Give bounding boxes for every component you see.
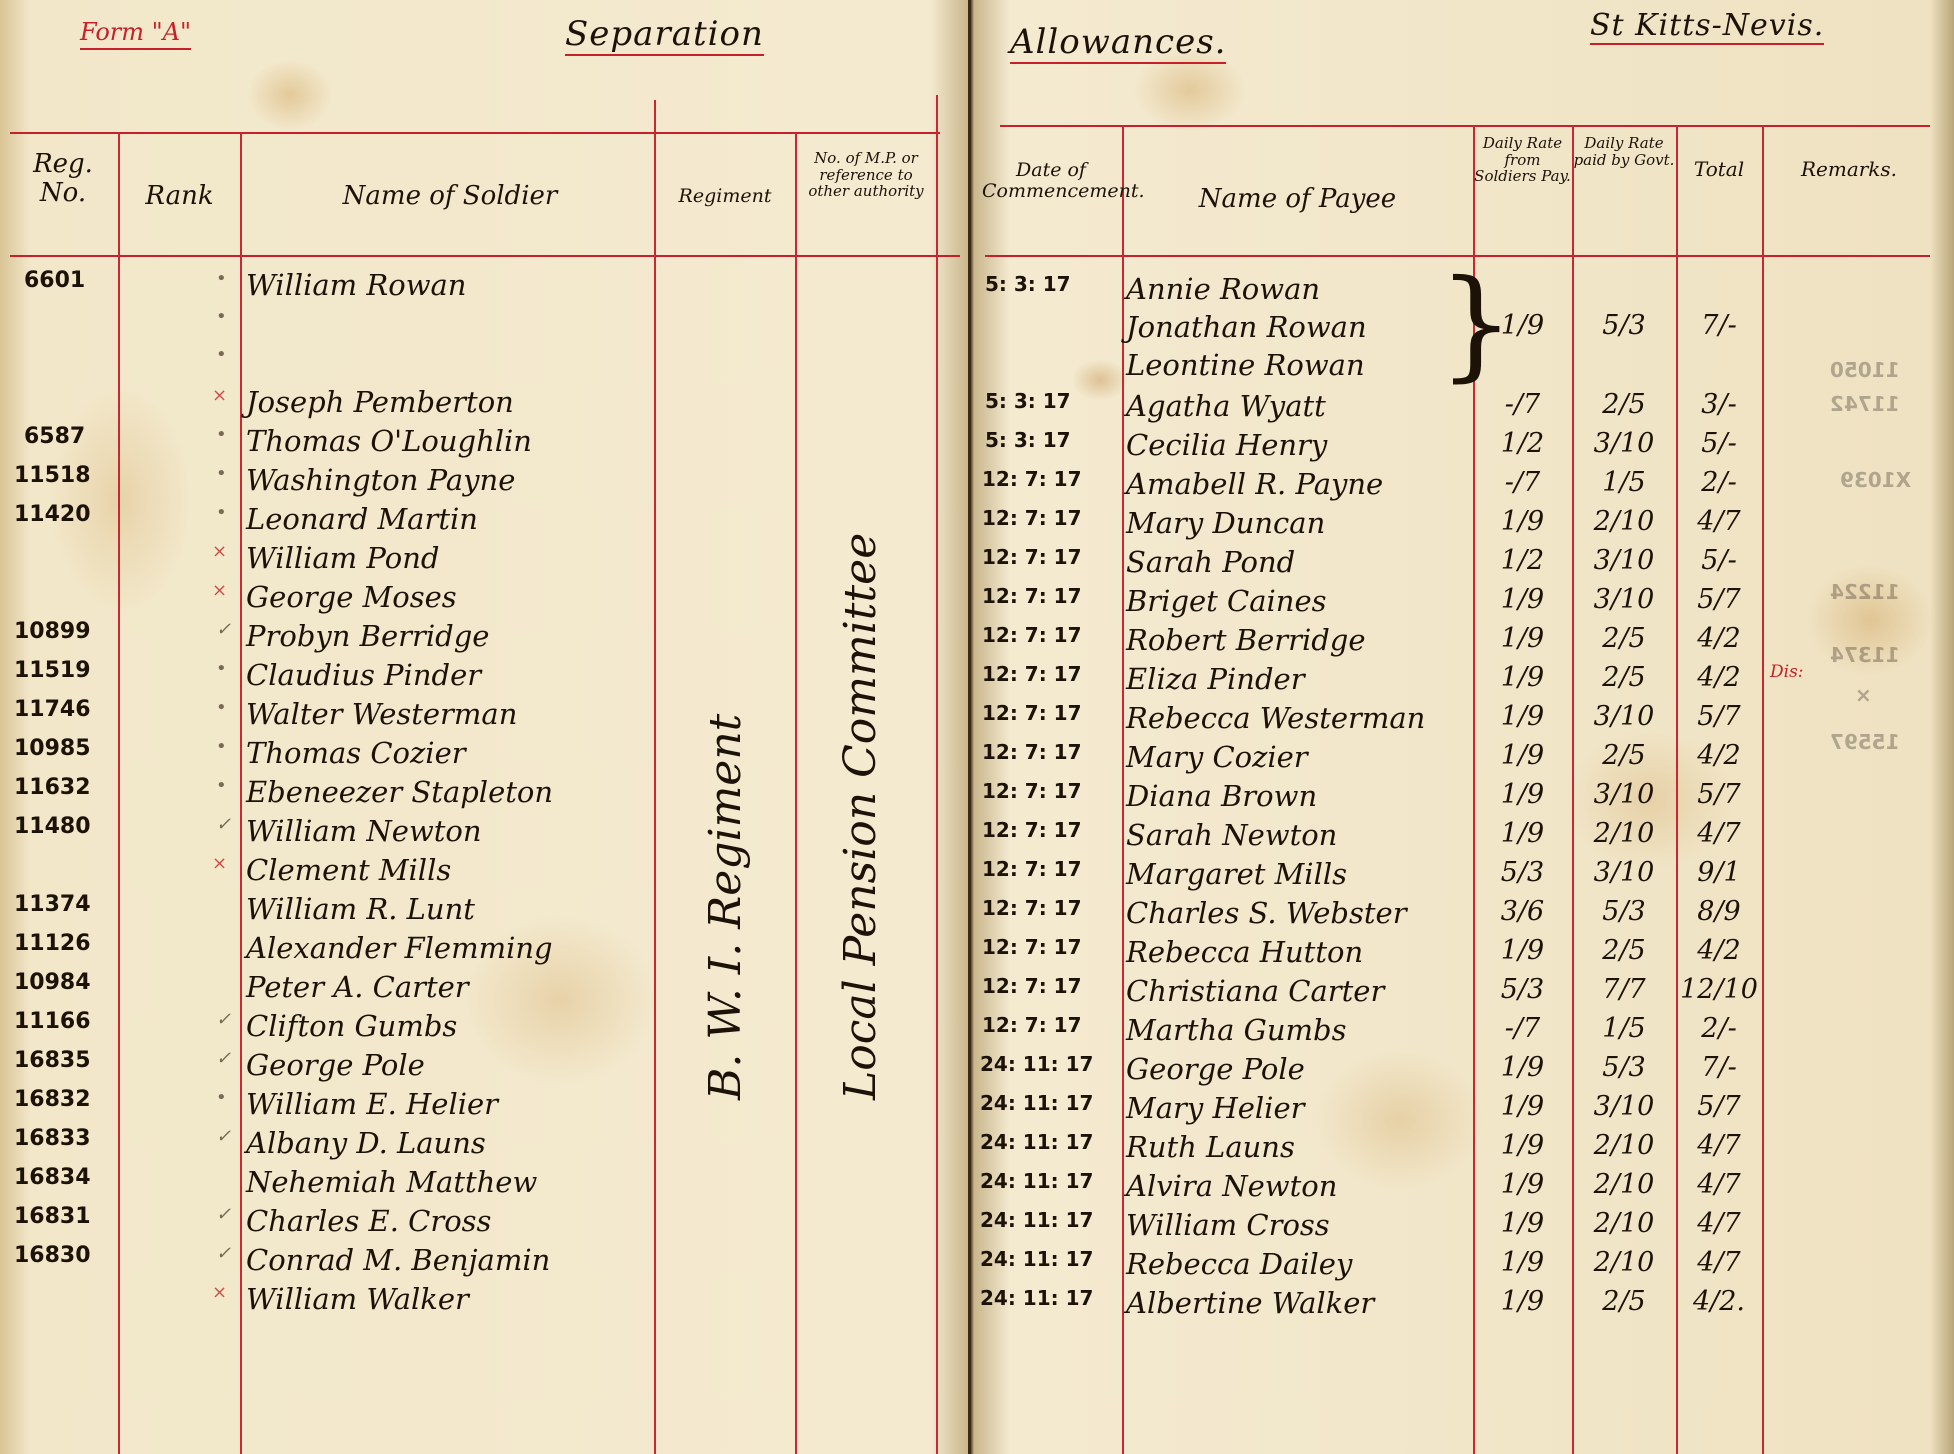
rate-soldier: 5/3 [1474, 974, 1571, 1005]
rule-header-bottom-left [10, 255, 960, 257]
rate-soldier: 1/9 [1474, 701, 1571, 732]
rate-soldier: 1/9 [1474, 779, 1571, 810]
total: 4/2. [1677, 1286, 1761, 1317]
rate-soldier: 1/9 [1474, 1286, 1571, 1317]
total: 4/7 [1677, 1208, 1761, 1239]
rate-soldier: -/7 [1474, 1013, 1571, 1044]
rate-soldier: 1/9 [1474, 740, 1571, 771]
payee-row: 24: 11: 17Alvira Newton1/92/104/7 [0, 1169, 1954, 1207]
total: 7/- [1677, 310, 1761, 341]
total: 2/- [1677, 467, 1761, 498]
total: 5/7 [1677, 779, 1761, 810]
commencement-date: 24: 11: 17 [980, 1130, 1093, 1154]
total: 5/7 [1677, 1091, 1761, 1122]
rate-govt: 3/10 [1573, 545, 1675, 576]
commencement-date: 12: 7: 17 [982, 506, 1082, 530]
rate-govt: 5/3 [1573, 896, 1675, 927]
total: 4/7 [1677, 1169, 1761, 1200]
commencement-date: 12: 7: 17 [982, 467, 1082, 491]
payee-row: 12: 7: 17Christiana Carter5/37/712/10 [0, 974, 1954, 1012]
payee-row: 24: 11: 17William Cross1/92/104/7 [0, 1208, 1954, 1246]
total: 4/7 [1677, 1130, 1761, 1161]
payee-row: 12: 7: 17Mary Duncan1/92/104/7 [0, 506, 1954, 544]
payee-name: Jonathan Rowan [1126, 310, 1367, 344]
payee-name: Agatha Wyatt [1126, 389, 1326, 423]
commencement-date: 24: 11: 17 [980, 1247, 1093, 1271]
payee-row: 12: 7: 17Robert Berridge1/92/54/2 [0, 623, 1954, 661]
payee-name: Annie Rowan [1126, 272, 1320, 306]
rate-govt: 2/5 [1573, 740, 1675, 771]
rate-soldier: 1/9 [1474, 1091, 1571, 1122]
rate-govt: 2/10 [1573, 1247, 1675, 1278]
title-allowances: Allowances. [1010, 22, 1226, 62]
payee-row: 24: 11: 17George Pole1/95/37/- [0, 1052, 1954, 1090]
payee-row: 24: 11: 17Albertine Walker1/92/54/2. [0, 1286, 1954, 1324]
payee-name: Charles S. Webster [1126, 896, 1407, 930]
payee-name: Rebecca Hutton [1126, 935, 1363, 969]
total: 4/7 [1677, 506, 1761, 537]
rate-soldier: -/7 [1474, 467, 1571, 498]
title-separation: Separation [565, 14, 764, 54]
rate-soldier: 1/2 [1474, 545, 1571, 576]
rate-soldier: 1/9 [1474, 623, 1571, 654]
total: 4/2 [1677, 662, 1761, 693]
payee-row: 12: 7: 17Mary Cozier1/92/54/2 [0, 740, 1954, 778]
rate-soldier: 1/9 [1474, 1130, 1571, 1161]
commencement-date: 24: 11: 17 [980, 1052, 1093, 1076]
rate-soldier: 1/9 [1474, 1169, 1571, 1200]
rate-soldier: 1/9 [1474, 1052, 1571, 1083]
commencement-date: 12: 7: 17 [982, 818, 1082, 842]
title-left-text: Separation [565, 14, 764, 56]
total: 9/1 [1677, 857, 1761, 888]
header-rank: Rank [122, 182, 237, 211]
payee-row: 12: 7: 17Margaret Mills5/33/109/1 [0, 857, 1954, 895]
payee-row: 12: 7: 17Martha Gumbs-/71/52/- [0, 1013, 1954, 1051]
rate-govt: 2/10 [1573, 506, 1675, 537]
payee-row: 12: 7: 17Rebecca Westerman1/93/105/7 [0, 701, 1954, 739]
payee-name: Amabell R. Payne [1126, 467, 1383, 501]
payee-name: Mary Duncan [1126, 506, 1325, 540]
header-reference: No. of M.P. or reference to other author… [797, 150, 935, 200]
commencement-date: 12: 7: 17 [982, 623, 1082, 647]
total: 5/- [1677, 545, 1761, 576]
header-remarks: Remarks. [1764, 158, 1934, 180]
total: 4/7 [1677, 818, 1761, 849]
rate-govt: 2/5 [1573, 1286, 1675, 1317]
total: 4/2 [1677, 740, 1761, 771]
rate-govt: 5/3 [1573, 310, 1675, 341]
location-label: St Kitts-Nevis. [1590, 8, 1824, 43]
total: 8/9 [1677, 896, 1761, 927]
rate-govt: 2/5 [1573, 389, 1675, 420]
payee-row: Jonathan Rowan1/95/37/- [0, 310, 1954, 348]
header-soldier-name: Name of Soldier [250, 182, 650, 211]
rate-soldier: 1/9 [1474, 662, 1571, 693]
total: 2/- [1677, 1013, 1761, 1044]
payee-name: Rebecca Dailey [1126, 1247, 1352, 1281]
rate-govt: 1/5 [1573, 1013, 1675, 1044]
commencement-date: 5: 3: 17 [985, 272, 1071, 296]
payee-name: Robert Berridge [1126, 623, 1366, 657]
rate-govt: 3/10 [1573, 1091, 1675, 1122]
total: 3/- [1677, 389, 1761, 420]
rate-soldier: 1/9 [1474, 935, 1571, 966]
payee-row: 12: 7: 17Charles S. Webster3/65/38/9 [0, 896, 1954, 934]
rate-soldier: 1/9 [1474, 1247, 1571, 1278]
rate-govt: 2/10 [1573, 1130, 1675, 1161]
header-date: Date of Commencement. [982, 160, 1120, 202]
commencement-date: 12: 7: 17 [982, 584, 1082, 608]
payee-name: Cecilia Henry [1126, 428, 1327, 462]
total: 12/10 [1677, 974, 1761, 1005]
payee-row: 12: 7: 17Diana Brown1/93/105/7 [0, 779, 1954, 817]
rate-soldier: 1/9 [1474, 1208, 1571, 1239]
payee-name: Alvira Newton [1126, 1169, 1337, 1203]
rate-govt: 3/10 [1573, 428, 1675, 459]
rate-govt: 2/5 [1573, 662, 1675, 693]
header-rate-soldier: Daily Rate from Soldiers Pay. [1474, 135, 1571, 185]
payee-row: Leontine Rowan [0, 348, 1954, 386]
rate-govt: 3/10 [1573, 779, 1675, 810]
rate-govt: 2/5 [1573, 935, 1675, 966]
commencement-date: 24: 11: 17 [980, 1286, 1093, 1310]
payee-name: George Pole [1126, 1052, 1305, 1086]
commencement-date: 12: 7: 17 [982, 1013, 1082, 1037]
payee-name: Rebecca Westerman [1126, 701, 1425, 735]
header-regiment: Regiment [656, 186, 794, 207]
rate-govt: 5/3 [1573, 1052, 1675, 1083]
total: 4/2 [1677, 935, 1761, 966]
rate-soldier: 1/2 [1474, 428, 1571, 459]
header-payee-name: Name of Payee [1125, 185, 1470, 214]
rate-soldier: 5/3 [1474, 857, 1571, 888]
rule-header-top-right [1000, 125, 1930, 127]
rate-govt: 3/10 [1573, 857, 1675, 888]
form-label: Form "A" [80, 18, 191, 50]
commencement-date: 12: 7: 17 [982, 740, 1082, 764]
commencement-date: 12: 7: 17 [982, 545, 1082, 569]
commencement-date: 12: 7: 17 [982, 779, 1082, 803]
rate-govt: 2/5 [1573, 623, 1675, 654]
commencement-date: 12: 7: 17 [982, 857, 1082, 881]
ledger-spread: Form "A" Separation Allowances. St Kitts… [0, 0, 1954, 1454]
payee-name: Martha Gumbs [1126, 1013, 1346, 1047]
total: 5/7 [1677, 701, 1761, 732]
commencement-date: 12: 7: 17 [982, 935, 1082, 959]
payee-name: William Cross [1126, 1208, 1330, 1242]
payee-row: 5: 3: 17Agatha Wyatt-/72/53/- [0, 389, 1954, 427]
rate-soldier: 1/9 [1474, 310, 1571, 341]
payee-row: 24: 11: 17Rebecca Dailey1/92/104/7 [0, 1247, 1954, 1285]
rate-soldier: 1/9 [1474, 818, 1571, 849]
rate-govt: 2/10 [1573, 1169, 1675, 1200]
rule-header-top-left [10, 132, 940, 134]
payee-name: Sarah Newton [1126, 818, 1337, 852]
rate-govt: 3/10 [1573, 701, 1675, 732]
total: 5/7 [1677, 584, 1761, 615]
payee-row: 5: 3: 17Cecilia Henry1/23/105/- [0, 428, 1954, 466]
total: 4/7 [1677, 1247, 1761, 1278]
payee-row: 5: 3: 17Annie Rowan [0, 272, 1954, 310]
payee-row: 12: 7: 17Sarah Newton1/92/104/7 [0, 818, 1954, 856]
rate-govt: 7/7 [1573, 974, 1675, 1005]
payee-name: Margaret Mills [1126, 857, 1347, 891]
rate-soldier: 3/6 [1474, 896, 1571, 927]
commencement-date: 24: 11: 17 [980, 1091, 1093, 1115]
rate-govt: 2/10 [1573, 1208, 1675, 1239]
total: 7/- [1677, 1052, 1761, 1083]
rate-soldier: -/7 [1474, 389, 1571, 420]
payee-name: Eliza Pinder [1126, 662, 1305, 696]
payee-name: Sarah Pond [1126, 545, 1295, 579]
total: 5/- [1677, 428, 1761, 459]
payee-name: Mary Helier [1126, 1091, 1304, 1125]
payee-row: 12: 7: 17Sarah Pond1/23/105/- [0, 545, 1954, 583]
rate-govt: 1/5 [1573, 467, 1675, 498]
payee-name: Briget Caines [1126, 584, 1327, 618]
payee-name: Albertine Walker [1126, 1286, 1374, 1320]
location-text: St Kitts-Nevis. [1590, 8, 1824, 45]
payee-name: Ruth Launs [1126, 1130, 1295, 1164]
rate-govt: 2/10 [1573, 818, 1675, 849]
payee-row: 24: 11: 17Ruth Launs1/92/104/7 [0, 1130, 1954, 1168]
payee-name: Diana Brown [1126, 779, 1317, 813]
payee-row: 12: 7: 17Rebecca Hutton1/92/54/2 [0, 935, 1954, 973]
payee-row: 12: 7: 17Amabell R. Payne-/71/52/- [0, 467, 1954, 505]
commencement-date: 12: 7: 17 [982, 896, 1082, 920]
total: 4/2 [1677, 623, 1761, 654]
payee-row: 12: 7: 17Eliza Pinder1/92/54/2Dis: [0, 662, 1954, 700]
payee-row: 12: 7: 17Briget Caines1/93/105/7 [0, 584, 1954, 622]
header-rate-govt: Daily Rate paid by Govt. [1573, 135, 1675, 168]
commencement-date: 12: 7: 17 [982, 662, 1082, 686]
commencement-date: 24: 11: 17 [980, 1169, 1093, 1193]
payee-name: Mary Cozier [1126, 740, 1308, 774]
commencement-date: 24: 11: 17 [980, 1208, 1093, 1232]
payee-name: Leontine Rowan [1126, 348, 1365, 382]
commencement-date: 12: 7: 17 [982, 974, 1082, 998]
header-reg-no: Reg. No. [18, 150, 108, 207]
commencement-date: 12: 7: 17 [982, 701, 1082, 725]
rate-soldier: 1/9 [1474, 506, 1571, 537]
commencement-date: 5: 3: 17 [985, 389, 1071, 413]
payee-row: 24: 11: 17Mary Helier1/93/105/7 [0, 1091, 1954, 1129]
payee-name: Christiana Carter [1126, 974, 1384, 1008]
header-total: Total [1677, 158, 1761, 180]
rate-govt: 3/10 [1573, 584, 1675, 615]
rate-soldier: 1/9 [1474, 584, 1571, 615]
remark: Dis: [1770, 662, 1804, 682]
commencement-date: 5: 3: 17 [985, 428, 1071, 452]
title-right-text: Allowances. [1010, 22, 1226, 64]
